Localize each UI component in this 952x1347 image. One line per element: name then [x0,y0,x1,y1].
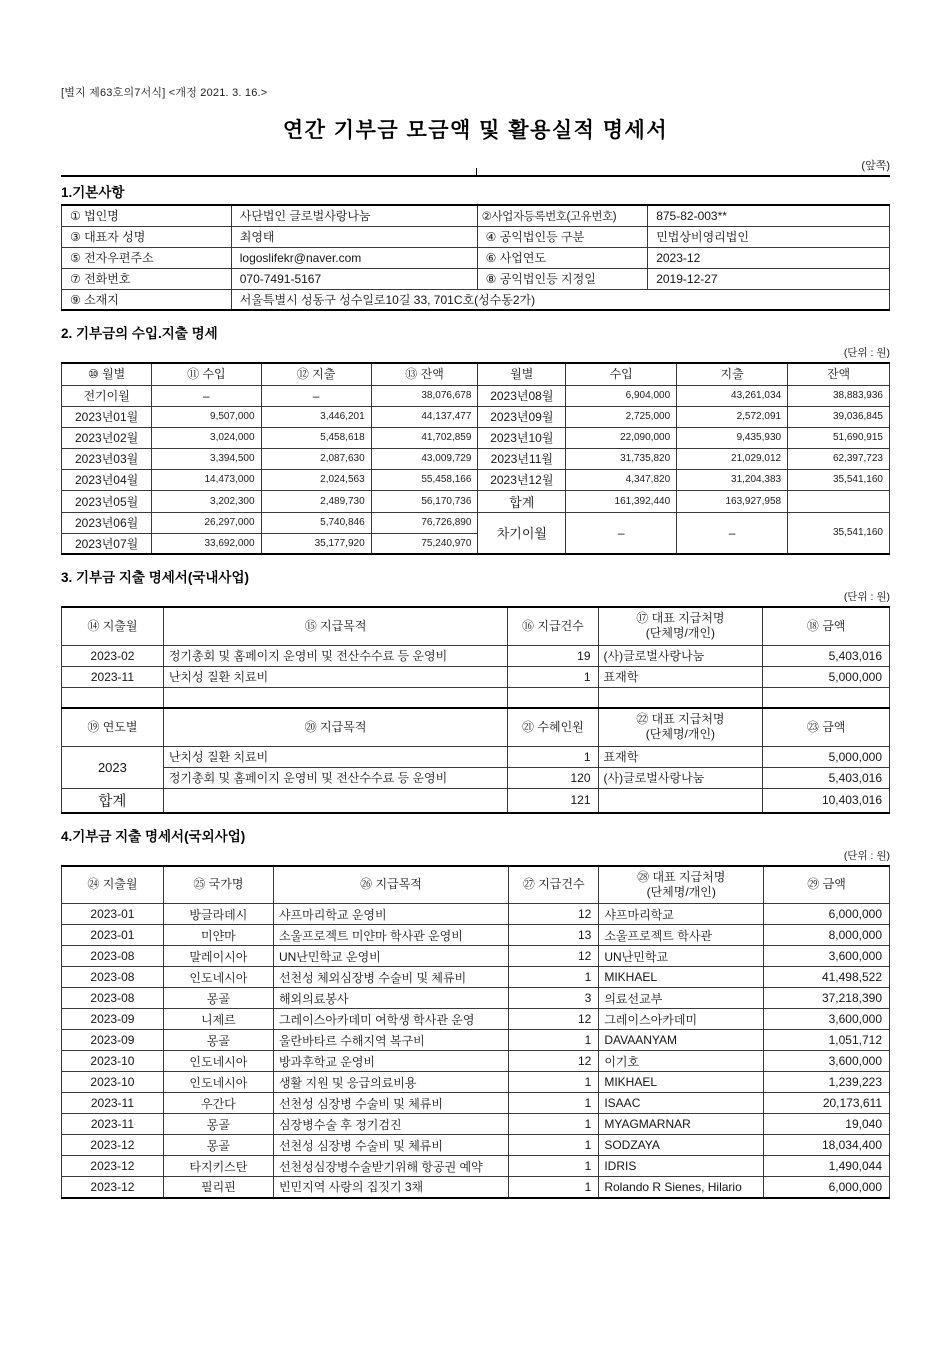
expense-month-cell: 2023-12 [62,1177,164,1198]
table-row: 합계12110,403,016 [62,788,890,813]
balance-cell: 62,397,723 [788,448,890,469]
month-cell: 2023년11월 [478,448,566,469]
header-divider [61,175,890,177]
column-header: ㉘ 대표 지급처명 (단체명/개인) [599,866,764,904]
income-cell: 14,473,000 [152,469,261,490]
column-header: ㉑ 수혜인원 [508,708,598,746]
column-header: ⑯ 지급건수 [508,607,598,645]
expense-month-cell: 2023-09 [62,1009,164,1030]
amount-cell: 6,000,000 [764,1177,890,1198]
amount-cell: 3,600,000 [764,1051,890,1072]
payment-count-cell: 13 [509,925,599,946]
fiscal-year-value: 2023-12 [648,247,890,268]
table-row: 2023년01월9,507,0003,446,20144,137,4772023… [62,406,890,427]
amount-cell: 3,600,000 [764,1009,890,1030]
balance-cell: 38,076,678 [371,385,478,406]
column-header: ⑳ 지급목적 [163,708,507,746]
payee-cell: MIKHAEL [599,1072,764,1093]
unit-label: (단위 : 원) [61,345,890,360]
purpose-cell: 선천성 체외심장병 수술비 및 체류비 [273,967,508,988]
designation-date-label: ⑧ 공익법인등 지정일 [477,268,648,289]
table-row: ⑨ 소재지 서울특별시 성동구 성수일로10길 33, 701C호(성수동2가) [62,289,890,310]
phone-value: 070-7491-5167 [231,268,477,289]
payee-cell: (사)글로벌사랑나눔 [598,767,763,788]
month-cell: 2023년07월 [62,533,152,554]
table-row: 2023년06월26,297,0005,740,84676,726,890차기이… [62,512,890,533]
table-row: 2023-10인도네시아방과후학교 운영비12이기호3,600,000 [62,1051,890,1072]
month-cell: 2023년05월 [62,490,152,512]
purpose-cell: 난치성 질환 치료비 [163,666,507,687]
payment-count-cell: 1 [509,1093,599,1114]
month-cell: 차기이월 [478,512,566,554]
column-header: ㉒ 대표 지급처명 (단체명/개인) [598,708,763,746]
balance-cell: 55,458,166 [371,469,478,490]
org-type-label: ④ 공익법인등 구분 [477,226,648,247]
country-cell: 인도네시아 [163,1051,273,1072]
expense-cell: 5,458,618 [261,427,371,448]
payee-cell: 그레이스아카데미 [599,1009,764,1030]
payment-count-cell: 3 [509,988,599,1009]
table-row: 2023난치성 질환 치료비1표재학5,000,000 [62,746,890,767]
expense-month-cell: 2023-12 [62,1156,164,1177]
country-cell: 타지키스탄 [163,1156,273,1177]
basic-info-table: ① 법인명 사단법인 글로벌사랑나눔 ②사업자등록번호(고유번호) 875-82… [61,204,890,311]
table-row: 2023-08말레이시아UN난민학교 운영비12UN난민학교3,600,000 [62,946,890,967]
payment-count-cell: 1 [509,967,599,988]
month-cell: 2023년04월 [62,469,152,490]
payee-cell: ISAAC [599,1093,764,1114]
biz-reg-no-label: ②사업자등록번호(고유번호) [477,205,648,226]
purpose-cell: 샤프마리학교 운영비 [273,904,508,925]
table-row: 2023년04월14,473,0002,024,56355,458,166202… [62,469,890,490]
table-row: 2023년03월3,394,5002,087,63043,009,7292023… [62,448,890,469]
amount-cell: 1,239,223 [764,1072,890,1093]
month-cell: 2023년06월 [62,512,152,533]
amount-cell: 10,403,016 [763,788,890,813]
donation-report-form-page: [별지 제63호의7서식] <개정 2021. 3. 16.> 연간 기부금 모… [0,0,952,1347]
income-cell: 9,507,000 [152,406,261,427]
amount-cell: 5,403,016 [763,645,890,666]
beneficiary-count-cell: 120 [508,767,598,788]
table-header-row: ⑭ 지출월 ⑮ 지급목적 ⑯ 지급건수 ⑰ 대표 지급처명 (단체명/개인) ⑱… [62,607,890,645]
expense-month-cell [62,687,164,708]
expense-cell: – [677,512,788,554]
income-cell: – [152,385,261,406]
table-row: 2023-09몽골울란바타르 수해지역 복구비1DAVAANYAM1,051,7… [62,1030,890,1051]
expense-month-cell: 2023-08 [62,946,164,967]
address-value: 서울특별시 성동구 성수일로10길 33, 701C호(성수동2가) [231,289,889,310]
payment-count-cell: 1 [509,1114,599,1135]
column-header: ⑱ 금액 [763,607,890,645]
expense-month-cell: 2023-10 [62,1072,164,1093]
purpose-cell [163,687,507,708]
domestic-expense-table: ⑭ 지출월 ⑮ 지급목적 ⑯ 지급건수 ⑰ 대표 지급처명 (단체명/개인) ⑱… [61,606,890,814]
form-reference: [별지 제63호의7서식] <개정 2021. 3. 16.> [61,84,890,100]
balance-cell: 41,702,859 [371,427,478,448]
payment-count-cell: 12 [509,1009,599,1030]
expense-month-cell: 2023-01 [62,925,164,946]
column-header: ⑭ 지출월 [62,607,164,645]
country-cell: 말레이시아 [163,946,273,967]
month-cell: 2023년02월 [62,427,152,448]
center-tick-mark [476,168,477,177]
payment-count-cell [508,687,598,708]
payee-cell: 표재학 [598,746,763,767]
month-cell: 2023년01월 [62,406,152,427]
amount-cell: 6,000,000 [764,904,890,925]
income-cell: 3,202,300 [152,490,261,512]
payee-cell [598,687,763,708]
section-1-title: 1.기본사항 [61,181,890,201]
month-cell: 2023년12월 [478,469,566,490]
representative-label: ③ 대표자 성명 [62,226,232,247]
expense-month-cell: 2023-08 [62,967,164,988]
expense-cell: 35,177,920 [261,533,371,554]
column-header: ㉖ 지급목적 [273,866,508,904]
amount-cell [763,687,890,708]
payee-cell: MIKHAEL [599,967,764,988]
purpose-cell: 울란바타르 수해지역 복구비 [273,1030,508,1051]
table-row: ③ 대표자 성명 최영태 ④ 공익법인등 구분 민법상비영리법인 [62,226,890,247]
balance-cell: 76,726,890 [371,512,478,533]
payment-count-cell: 1 [509,1072,599,1093]
corp-name-label: ① 법인명 [62,205,232,226]
country-cell: 인도네시아 [163,967,273,988]
beneficiary-count-cell: 121 [508,788,598,813]
balance-cell: 51,690,915 [788,427,890,448]
income-cell: 6,904,000 [566,385,677,406]
column-header: ㉔ 지출월 [62,866,164,904]
column-header: ⑰ 대표 지급처명 (단체명/개인) [598,607,763,645]
table-row: 2023-12필리핀빈민지역 사랑의 집짓기 3채1Rolando R Sien… [62,1177,890,1198]
amount-cell: 41,498,522 [764,967,890,988]
payment-count-cell: 1 [509,1030,599,1051]
amount-cell: 37,218,390 [764,988,890,1009]
amount-cell: 3,600,000 [764,946,890,967]
table-row: ⑤ 전자우편주소 logoslifekr@naver.com ⑥ 사업연도 20… [62,247,890,268]
balance-cell: 56,170,736 [371,490,478,512]
expense-cell: 21,029,012 [677,448,788,469]
purpose-cell: 그레이스아카데미 여학생 학사관 운영 [273,1009,508,1030]
column-header: ⑩ 월별 [62,363,152,385]
payee-cell: (사)글로벌사랑나눔 [598,645,763,666]
month-cell: 합계 [478,490,566,512]
payee-cell: UN난민학교 [599,946,764,967]
table-row: 정기총회 및 홈페이지 운영비 및 전산수수료 등 운영비120(사)글로벌사랑… [62,767,890,788]
table-row: 2023년02월3,024,0005,458,61841,702,8592023… [62,427,890,448]
country-cell: 몽골 [163,988,273,1009]
purpose-cell: 선천성심장병수술받기위해 항공권 예약 [273,1156,508,1177]
expense-cell: 3,446,201 [261,406,371,427]
purpose-cell: 선천성 심장병 수술비 및 체류비 [273,1135,508,1156]
purpose-cell: 방과후학교 운영비 [273,1051,508,1072]
section-3-title: 3. 기부금 지출 명세서(국내사업) [61,566,890,586]
table-row: 2023-09니제르그레이스아카데미 여학생 학사관 운영12그레이스아카데미3… [62,1009,890,1030]
payment-count-cell: 12 [509,1051,599,1072]
balance-cell [788,490,890,512]
payee-cell: DAVAANYAM [599,1030,764,1051]
table-row [62,687,890,708]
income-cell: 22,090,000 [566,427,677,448]
purpose-cell: UN난민학교 운영비 [273,946,508,967]
table-row: 2023-11몽골심장병수술 후 정기검진1MYAGMARNAR19,040 [62,1114,890,1135]
amount-cell: 5,000,000 [763,746,890,767]
income-cell: 3,394,500 [152,448,261,469]
table-row: ① 법인명 사단법인 글로벌사랑나눔 ②사업자등록번호(고유번호) 875-82… [62,205,890,226]
payment-count-cell: 12 [509,904,599,925]
purpose-cell: 정기총회 및 홈페이지 운영비 및 전산수수료 등 운영비 [163,767,507,788]
year-cell: 합계 [62,788,164,813]
income-cell: 161,392,440 [566,490,677,512]
column-header: 잔액 [788,363,890,385]
purpose-cell: 선천성 심장병 수술비 및 체류비 [273,1093,508,1114]
payee-cell: 의료선교부 [599,988,764,1009]
payment-count-cell: 1 [509,1177,599,1198]
email-label: ⑤ 전자우편주소 [62,247,232,268]
payee-cell: MYAGMARNAR [599,1114,764,1135]
balance-cell: 35,541,160 [788,512,890,554]
income-cell: 3,024,000 [152,427,261,448]
month-cell: 2023년10월 [478,427,566,448]
column-header: ⑬ 잔액 [371,363,478,385]
year-cell: 2023 [62,746,164,788]
expense-cell: 2,489,730 [261,490,371,512]
monthly-income-expense-table: ⑩ 월별 ⑪ 수입 ⑫ 지출 ⑬ 잔액 월별 수입 지출 잔액 전기이월––38… [61,362,890,555]
expense-month-cell: 2023-08 [62,988,164,1009]
table-row: 2023-01방글라데시샤프마리학교 운영비12샤프마리학교6,000,000 [62,904,890,925]
month-cell: 2023년08월 [478,385,566,406]
overseas-expense-table: ㉔ 지출월 ㉕ 국가명 ㉖ 지급목적 ㉗ 지급건수 ㉘ 대표 지급처명 (단체명… [61,865,890,1199]
payment-count-cell: 19 [508,645,598,666]
country-cell: 몽골 [163,1030,273,1051]
expense-month-cell: 2023-01 [62,904,164,925]
expense-cell: 9,435,930 [677,427,788,448]
payment-count-cell: 1 [509,1135,599,1156]
country-cell: 필리핀 [163,1177,273,1198]
table-row: 2023-11우간다선천성 심장병 수술비 및 체류비1ISAAC20,173,… [62,1093,890,1114]
payee-cell: Rolando R Sienes, Hilario [599,1177,764,1198]
country-cell: 니제르 [163,1009,273,1030]
amount-cell: 20,173,611 [764,1093,890,1114]
corp-name-value: 사단법인 글로벌사랑나눔 [231,205,477,226]
table-row: 2023-11난치성 질환 치료비1표재학5,000,000 [62,666,890,687]
table-row: 2023-01미얀마소울프로젝트 미얀마 학사관 운영비13소울프로젝트 학사관… [62,925,890,946]
expense-month-cell: 2023-11 [62,1114,164,1135]
amount-cell: 1,051,712 [764,1030,890,1051]
payee-cell: 이기호 [599,1051,764,1072]
expense-cell: 43,261,034 [677,385,788,406]
balance-cell: 39,036,845 [788,406,890,427]
email-value: logoslifekr@naver.com [231,247,477,268]
phone-label: ⑦ 전화번호 [62,268,232,289]
org-type-value: 민법상비영리법인 [648,226,890,247]
column-header: ㉗ 지급건수 [509,866,599,904]
section-4-title: 4.기부금 지출 명세서(국외사업) [61,825,890,845]
amount-cell: 19,040 [764,1114,890,1135]
balance-cell: 75,240,970 [371,533,478,554]
payee-cell: 표재학 [598,666,763,687]
income-cell: 33,692,000 [152,533,261,554]
expense-cell: 2,572,091 [677,406,788,427]
expense-month-cell: 2023-10 [62,1051,164,1072]
purpose-cell: 정기총회 및 홈페이지 운영비 및 전산수수료 등 운영비 [163,645,507,666]
income-cell: – [566,512,677,554]
unit-label: (단위 : 원) [61,848,890,863]
designation-date-value: 2019-12-27 [648,268,890,289]
payee-cell: 샤프마리학교 [599,904,764,925]
table-row: 전기이월––38,076,6782023년08월6,904,00043,261,… [62,385,890,406]
column-header: ⑫ 지출 [261,363,371,385]
unit-label: (단위 : 원) [61,589,890,604]
payee-cell: IDRIS [599,1156,764,1177]
address-label: ⑨ 소재지 [62,289,232,310]
section-2-title: 2. 기부금의 수입.지출 명세 [61,322,890,342]
table-header-row: ⑲ 연도별 ⑳ 지급목적 ㉑ 수혜인원 ㉒ 대표 지급처명 (단체명/개인) ㉓… [62,708,890,746]
month-cell: 전기이월 [62,385,152,406]
expense-month-cell: 2023-12 [62,1135,164,1156]
table-row: 2023-08몽골해외의료봉사3의료선교부37,218,390 [62,988,890,1009]
amount-cell: 8,000,000 [764,925,890,946]
payment-count-cell: 1 [508,666,598,687]
expense-month-cell: 2023-11 [62,1093,164,1114]
expense-cell: 2,087,630 [261,448,371,469]
expense-cell: 2,024,563 [261,469,371,490]
purpose-cell: 해외의료봉사 [273,988,508,1009]
column-header: ⑪ 수입 [152,363,261,385]
table-row: ⑦ 전화번호 070-7491-5167 ⑧ 공익법인등 지정일 2019-12… [62,268,890,289]
purpose-cell: 빈민지역 사랑의 집짓기 3채 [273,1177,508,1198]
amount-cell: 5,403,016 [763,767,890,788]
beneficiary-count-cell: 1 [508,746,598,767]
purpose-cell [163,788,507,813]
column-header: 지출 [677,363,788,385]
balance-cell: 35,541,160 [788,469,890,490]
payee-cell: 소울프로젝트 학사관 [599,925,764,946]
column-header: ⑮ 지급목적 [163,607,507,645]
income-cell: 26,297,000 [152,512,261,533]
amount-cell: 18,034,400 [764,1135,890,1156]
expense-month-cell: 2023-02 [62,645,164,666]
month-cell: 2023년09월 [478,406,566,427]
fiscal-year-label: ⑥ 사업연도 [477,247,648,268]
column-header: ㉕ 국가명 [163,866,273,904]
purpose-cell: 심장병수술 후 정기검진 [273,1114,508,1135]
table-row: 2023-08인도네시아선천성 체외심장병 수술비 및 체류비1MIKHAEL4… [62,967,890,988]
expense-cell: 163,927,958 [677,490,788,512]
column-header: 수입 [566,363,677,385]
table-row: 2023년05월3,202,3002,489,73056,170,736합계16… [62,490,890,512]
purpose-cell: 소울프로젝트 미얀마 학사관 운영비 [273,925,508,946]
purpose-cell: 생활 지원 및 응급의료비용 [273,1072,508,1093]
country-cell: 몽골 [163,1114,273,1135]
expense-month-cell: 2023-09 [62,1030,164,1051]
country-cell: 인도네시아 [163,1072,273,1093]
amount-cell: 1,490,044 [764,1156,890,1177]
income-cell: 4,347,820 [566,469,677,490]
payee-cell [598,788,763,813]
column-header: ㉓ 금액 [763,708,890,746]
expense-cell: 5,740,846 [261,512,371,533]
payee-cell: SODZAYA [599,1135,764,1156]
balance-cell: 44,137,477 [371,406,478,427]
document-title: 연간 기부금 모금액 및 활용실적 명세서 [61,114,890,144]
income-cell: 31,735,820 [566,448,677,469]
biz-reg-no-value: 875-82-003** [648,205,890,226]
table-row: 2023-02정기총회 및 홈페이지 운영비 및 전산수수료 등 운영비19(사… [62,645,890,666]
table-row: 2023-12타지키스탄선천성심장병수술받기위해 항공권 예약1IDRIS1,4… [62,1156,890,1177]
balance-cell: 43,009,729 [371,448,478,469]
column-header: ㉙ 금액 [764,866,890,904]
representative-value: 최영태 [231,226,477,247]
amount-cell: 5,000,000 [763,666,890,687]
income-cell: 2,725,000 [566,406,677,427]
expense-cell: – [261,385,371,406]
table-header-row: ⑩ 월별 ⑪ 수입 ⑫ 지출 ⑬ 잔액 월별 수입 지출 잔액 [62,363,890,385]
purpose-cell: 난치성 질환 치료비 [163,746,507,767]
country-cell: 미얀마 [163,925,273,946]
balance-cell: 38,883,936 [788,385,890,406]
column-header: 월별 [478,363,566,385]
month-cell: 2023년03월 [62,448,152,469]
country-cell: 몽골 [163,1135,273,1156]
table-header-row: ㉔ 지출월 ㉕ 국가명 ㉖ 지급목적 ㉗ 지급건수 ㉘ 대표 지급처명 (단체명… [62,866,890,904]
payment-count-cell: 1 [509,1156,599,1177]
expense-month-cell: 2023-11 [62,666,164,687]
country-cell: 방글라데시 [163,904,273,925]
table-row: 2023-10인도네시아생활 지원 및 응급의료비용1MIKHAEL1,239,… [62,1072,890,1093]
country-cell: 우간다 [163,1093,273,1114]
payment-count-cell: 12 [509,946,599,967]
table-row: 2023-12몽골선천성 심장병 수술비 및 체류비1SODZAYA18,034… [62,1135,890,1156]
column-header: ⑲ 연도별 [62,708,164,746]
expense-cell: 31,204,383 [677,469,788,490]
